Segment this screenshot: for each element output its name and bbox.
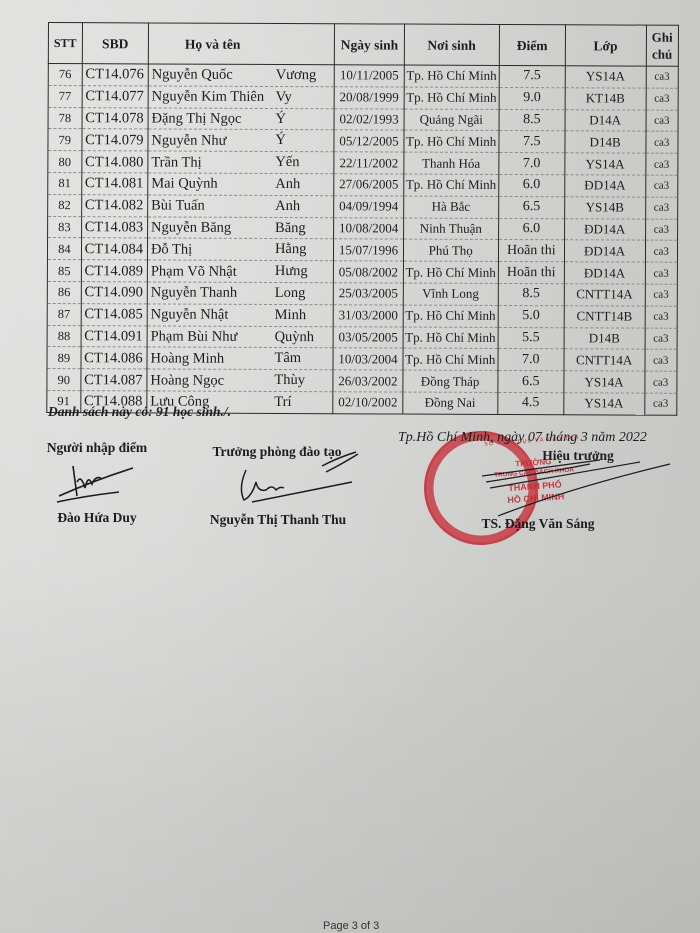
cell-name: Nguyễn NhậtMinh bbox=[147, 304, 334, 327]
cell-note: ca3 bbox=[645, 306, 678, 328]
table-row: 77CT14.077Nguyễn Kim ThiênVy20/08/1999Tp… bbox=[48, 85, 678, 110]
cell-name: Nguyễn BăngBăng bbox=[148, 217, 335, 240]
signature-principal-mark bbox=[480, 458, 680, 518]
cell-note: ca3 bbox=[644, 371, 677, 393]
cell-score: 6.5 bbox=[498, 196, 564, 218]
header-name: Họ và tên bbox=[148, 23, 335, 65]
cell-name: Phạm Bùi NhưQuỳnh bbox=[147, 325, 334, 348]
cell-class: YS14A bbox=[565, 153, 646, 175]
cell-name: Hoàng NgọcThùy bbox=[147, 369, 334, 392]
cell-sbd: CT14.078 bbox=[82, 107, 148, 129]
signature-principal-name-block: TS. Đặng Văn Sáng bbox=[478, 516, 598, 532]
given-name: Vy bbox=[276, 87, 292, 107]
table-header-row: STT SBD Họ và tên Ngày sinh Nơi sinh Điể… bbox=[48, 23, 678, 67]
signature-principal-name: TS. Đặng Văn Sáng bbox=[478, 516, 598, 532]
surname: Nguyễn Như bbox=[151, 132, 226, 148]
table-row: 80CT14.080Trần ThịYến22/11/2002Thanh Hóa… bbox=[48, 151, 678, 176]
given-name: Ý bbox=[275, 130, 286, 150]
cell-dob: 02/02/1993 bbox=[334, 108, 403, 130]
given-name: Hằng bbox=[275, 239, 307, 259]
surname: Phạm Bùi Như bbox=[151, 328, 238, 344]
surname: Đỗ Thị bbox=[151, 241, 192, 257]
table-row: 78CT14.078Đặng Thị NgọcÝ02/02/1993Quảng … bbox=[48, 107, 678, 132]
cell-note: ca3 bbox=[646, 88, 679, 110]
surname: Phạm Võ Nhật bbox=[151, 263, 237, 279]
cell-stt: 87 bbox=[47, 303, 81, 325]
cell-stt: 85 bbox=[47, 260, 81, 282]
cell-dob: 31/03/2000 bbox=[334, 305, 403, 327]
cell-place: Đồng Tháp bbox=[402, 370, 497, 392]
cell-stt: 77 bbox=[48, 85, 82, 107]
cell-place: Ninh Thuận bbox=[403, 218, 498, 240]
cell-sbd: CT14.079 bbox=[82, 129, 148, 151]
cell-class: CNTT14A bbox=[564, 284, 645, 306]
cell-place: Thanh Hóa bbox=[403, 152, 498, 174]
cell-score: Hoãn thi bbox=[498, 262, 564, 284]
cell-dob: 10/03/2004 bbox=[333, 348, 402, 370]
cell-note: ca3 bbox=[645, 131, 678, 153]
cell-place: Đồng Nai bbox=[402, 392, 497, 414]
cell-class: D14B bbox=[564, 327, 645, 349]
cell-place: Tp. Hồ Chí Minh bbox=[403, 174, 498, 196]
cell-stt: 80 bbox=[48, 151, 82, 173]
signature-entry-block: Người nhập điểm bbox=[42, 440, 152, 456]
given-name: Yến bbox=[275, 152, 299, 172]
cell-name: Trần ThịYến bbox=[148, 151, 335, 174]
cell-sbd: CT14.086 bbox=[81, 347, 147, 369]
cell-class: D14B bbox=[565, 131, 646, 153]
cell-class: YS14A bbox=[565, 66, 646, 88]
page-indicator: Page 3 of 3 bbox=[323, 920, 379, 932]
surname: Nguyễn Nhật bbox=[151, 307, 229, 323]
signature-entry-mark bbox=[55, 462, 135, 504]
cell-sbd: CT14.085 bbox=[81, 303, 147, 325]
cell-dob: 20/08/1999 bbox=[335, 87, 404, 109]
cell-class: CNTT14A bbox=[564, 349, 645, 371]
header-place: Nơi sinh bbox=[404, 24, 499, 65]
cell-dob: 05/12/2005 bbox=[334, 130, 403, 152]
surname: Nguyễn Thanh bbox=[151, 285, 237, 301]
given-name: Ý bbox=[275, 109, 286, 129]
given-name: Minh bbox=[275, 305, 307, 325]
surname: Bùi Tuấn bbox=[151, 198, 205, 214]
cell-note: ca3 bbox=[644, 393, 677, 415]
cell-dob: 27/06/2005 bbox=[334, 174, 403, 196]
surname: Nguyễn Quốc bbox=[152, 67, 233, 83]
cell-name: Hoàng MinhTâm bbox=[147, 347, 334, 370]
signature-entry-name-block: Đào Hứa Duy bbox=[52, 510, 142, 526]
header-class: Lớp bbox=[565, 25, 646, 66]
given-name: Tâm bbox=[274, 348, 301, 368]
header-dob: Ngày sinh bbox=[335, 24, 404, 65]
cell-score: 6.0 bbox=[498, 218, 564, 240]
cell-dob: 22/11/2002 bbox=[334, 152, 403, 174]
table-row: 87CT14.085Nguyễn NhậtMinh31/03/2000Tp. H… bbox=[47, 303, 677, 328]
cell-dob: 26/03/2002 bbox=[333, 370, 402, 392]
cell-stt: 79 bbox=[48, 129, 82, 151]
cell-class: ĐD14A bbox=[564, 262, 645, 284]
cell-place: Tp. Hồ Chí Minh bbox=[404, 87, 499, 109]
cell-dob: 03/05/2005 bbox=[334, 326, 403, 348]
cell-class: YS14A bbox=[564, 393, 645, 415]
surname: Nguyễn Kim Thiên bbox=[152, 89, 265, 105]
table-row: 82CT14.082Bùi TuấnAnh04/09/1994Hà Bắc6.5… bbox=[48, 194, 678, 219]
cell-note: ca3 bbox=[645, 262, 678, 284]
cell-name: Đặng Thị NgọcÝ bbox=[148, 108, 335, 131]
table-row: 81CT14.081Mai QuỳnhAnh27/06/2005Tp. Hồ C… bbox=[48, 172, 678, 197]
cell-note: ca3 bbox=[645, 284, 678, 306]
cell-note: ca3 bbox=[645, 175, 678, 197]
cell-sbd: CT14.081 bbox=[81, 173, 147, 195]
cell-place: Tp. Hồ Chí Minh bbox=[403, 305, 498, 327]
cell-class: YS14B bbox=[564, 197, 645, 219]
cell-class: CNTT14B bbox=[564, 306, 645, 328]
cell-sbd: CT14.076 bbox=[82, 64, 148, 86]
cell-score: 7.5 bbox=[499, 65, 565, 87]
cell-name: Nguyễn Kim ThiênVy bbox=[148, 86, 335, 109]
cell-stt: 76 bbox=[48, 64, 82, 86]
cell-dob: 05/08/2002 bbox=[334, 261, 403, 283]
cell-score: 8.5 bbox=[498, 283, 564, 305]
table-row: 88CT14.091Phạm Bùi NhưQuỳnh03/05/2005Tp.… bbox=[47, 325, 677, 350]
header-score: Điểm bbox=[499, 24, 565, 65]
cell-place: Tp. Hồ Chí Minh bbox=[404, 65, 499, 87]
given-name: Hưng bbox=[275, 261, 308, 281]
cell-name: Nguyễn NhưÝ bbox=[148, 129, 335, 152]
table-row: 83CT14.083Nguyễn BăngBăng10/08/2004Ninh … bbox=[48, 216, 678, 241]
given-name: Anh bbox=[275, 174, 300, 194]
given-name: Quỳnh bbox=[275, 327, 315, 347]
cell-sbd: CT14.084 bbox=[81, 238, 147, 260]
cell-name: Nguyễn ThanhLong bbox=[147, 282, 334, 305]
cell-stt: 82 bbox=[48, 194, 82, 216]
cell-dob: 02/10/2002 bbox=[333, 392, 402, 414]
cell-sbd: CT14.080 bbox=[81, 151, 147, 173]
cell-score: 6.0 bbox=[499, 174, 565, 196]
cell-place: Vĩnh Long bbox=[403, 283, 498, 305]
cell-place: Tp. Hồ Chí Minh bbox=[404, 130, 499, 152]
given-name: Anh bbox=[275, 196, 300, 216]
cell-stt: 83 bbox=[48, 216, 82, 238]
header-sbd: SBD bbox=[82, 23, 148, 64]
given-name: Trí bbox=[274, 392, 291, 412]
cell-name: Mai QuỳnhAnh bbox=[148, 173, 335, 196]
cell-stt: 84 bbox=[47, 238, 81, 260]
date-place-line: Tp.Hồ Chí Minh, ngày 07 tháng 3 năm 2022 bbox=[398, 430, 647, 446]
signature-training-name-block: Nguyễn Thị Thanh Thu bbox=[203, 512, 353, 528]
signature-entry-title: Người nhập điểm bbox=[42, 440, 152, 456]
header-note: Ghi chú bbox=[646, 25, 679, 66]
cell-note: ca3 bbox=[646, 110, 679, 132]
surname: Nguyễn Băng bbox=[151, 219, 231, 235]
cell-dob: 25/03/2005 bbox=[334, 283, 403, 305]
grades-table: STT SBD Họ và tên Ngày sinh Nơi sinh Điể… bbox=[46, 22, 679, 415]
cell-score: 6.5 bbox=[498, 371, 564, 393]
cell-score: 7.5 bbox=[499, 131, 565, 153]
given-name: Thùy bbox=[274, 370, 305, 390]
cell-score: 5.5 bbox=[498, 327, 564, 349]
cell-sbd: CT14.083 bbox=[81, 216, 147, 238]
signature-entry-name: Đào Hứa Duy bbox=[52, 510, 142, 526]
cell-place: Tp. Hồ Chí Minh bbox=[403, 348, 498, 370]
cell-stt: 88 bbox=[47, 325, 81, 347]
cell-score: Hoãn thi bbox=[498, 240, 564, 262]
surname: Hoàng Ngọc bbox=[150, 372, 224, 388]
cell-stt: 89 bbox=[47, 347, 81, 369]
table-row: 89CT14.086Hoàng MinhTâm10/03/2004Tp. Hồ … bbox=[47, 347, 677, 372]
cell-stt: 81 bbox=[48, 172, 82, 194]
cell-name: Bùi TuấnAnh bbox=[148, 195, 335, 218]
table-row: 79CT14.079Nguyễn NhưÝ05/12/2005Tp. Hồ Ch… bbox=[48, 129, 678, 154]
surname: Mai Quỳnh bbox=[151, 176, 218, 192]
cell-sbd: CT14.087 bbox=[81, 369, 147, 391]
header-stt: STT bbox=[48, 23, 82, 64]
cell-place: Tp. Hồ Chí Minh bbox=[403, 261, 498, 283]
cell-note: ca3 bbox=[645, 240, 678, 262]
table-row: 76CT14.076Nguyễn QuốcVương10/11/2005Tp. … bbox=[48, 64, 678, 89]
table-row: 85CT14.089Phạm Võ NhậtHưng05/08/2002Tp. … bbox=[47, 260, 677, 285]
cell-stt: 90 bbox=[47, 369, 81, 391]
cell-note: ca3 bbox=[645, 328, 678, 350]
cell-note: ca3 bbox=[644, 349, 677, 371]
cell-sbd: CT14.090 bbox=[81, 282, 147, 304]
cell-score: 5.0 bbox=[498, 305, 564, 327]
cell-stt: 78 bbox=[48, 107, 82, 129]
cell-sbd: CT14.091 bbox=[81, 325, 147, 347]
cell-note: ca3 bbox=[645, 219, 678, 241]
cell-sbd: CT14.082 bbox=[81, 194, 147, 216]
cell-name: Đỗ ThịHằng bbox=[147, 238, 334, 261]
cell-dob: 10/08/2004 bbox=[334, 217, 403, 239]
cell-score: 7.0 bbox=[499, 153, 565, 175]
cell-class: ĐD14A bbox=[564, 175, 645, 197]
given-name: Long bbox=[275, 283, 306, 303]
cell-place: Quảng Ngãi bbox=[404, 109, 499, 131]
cell-class: YS14A bbox=[564, 371, 645, 393]
cell-note: ca3 bbox=[645, 197, 678, 219]
signature-training-mark bbox=[232, 448, 362, 508]
given-name: Băng bbox=[275, 218, 306, 238]
cell-dob: 10/11/2005 bbox=[335, 65, 404, 87]
given-name: Vương bbox=[276, 65, 317, 85]
cell-dob: 04/09/1994 bbox=[334, 196, 403, 218]
cell-name: Nguyễn QuốcVương bbox=[148, 64, 335, 87]
cell-class: D14A bbox=[565, 109, 646, 131]
cell-score: 4.5 bbox=[498, 392, 564, 414]
table-row: 84CT14.084Đỗ ThịHằng15/07/1996Phú ThọHoã… bbox=[47, 238, 677, 263]
cell-name: Phạm Võ NhậtHưng bbox=[147, 260, 334, 283]
surname: Đặng Thị Ngọc bbox=[151, 110, 241, 126]
surname: Trần Thị bbox=[151, 154, 201, 170]
cell-class: ĐD14A bbox=[564, 218, 645, 240]
surname: Hoàng Minh bbox=[150, 350, 224, 366]
cell-place: Hà Bắc bbox=[403, 196, 498, 218]
cell-stt: 86 bbox=[47, 281, 81, 303]
cell-note: ca3 bbox=[645, 153, 678, 175]
cell-note: ca3 bbox=[646, 66, 679, 88]
cell-sbd: CT14.077 bbox=[82, 85, 148, 107]
table-row: 90CT14.087Hoàng NgọcThùy26/03/2002Đồng T… bbox=[47, 369, 677, 394]
student-count-note: Danh sách này có: 91 học sinh./. bbox=[48, 404, 231, 420]
cell-place: Phú Thọ bbox=[403, 239, 498, 261]
document-page: STT SBD Họ và tên Ngày sinh Nơi sinh Điể… bbox=[0, 0, 700, 933]
cell-class: ĐD14A bbox=[564, 240, 645, 262]
cell-dob: 15/07/1996 bbox=[334, 239, 403, 261]
cell-class: KT14B bbox=[565, 88, 646, 110]
cell-score: 8.5 bbox=[499, 109, 565, 131]
cell-sbd: CT14.089 bbox=[81, 260, 147, 282]
cell-score: 9.0 bbox=[499, 87, 565, 109]
signature-training-name: Nguyễn Thị Thanh Thu bbox=[203, 512, 353, 528]
cell-place: Tp. Hồ Chí Minh bbox=[403, 327, 498, 349]
table-row: 86CT14.090Nguyễn ThanhLong25/03/2005Vĩnh… bbox=[47, 281, 677, 306]
cell-score: 7.0 bbox=[498, 349, 564, 371]
